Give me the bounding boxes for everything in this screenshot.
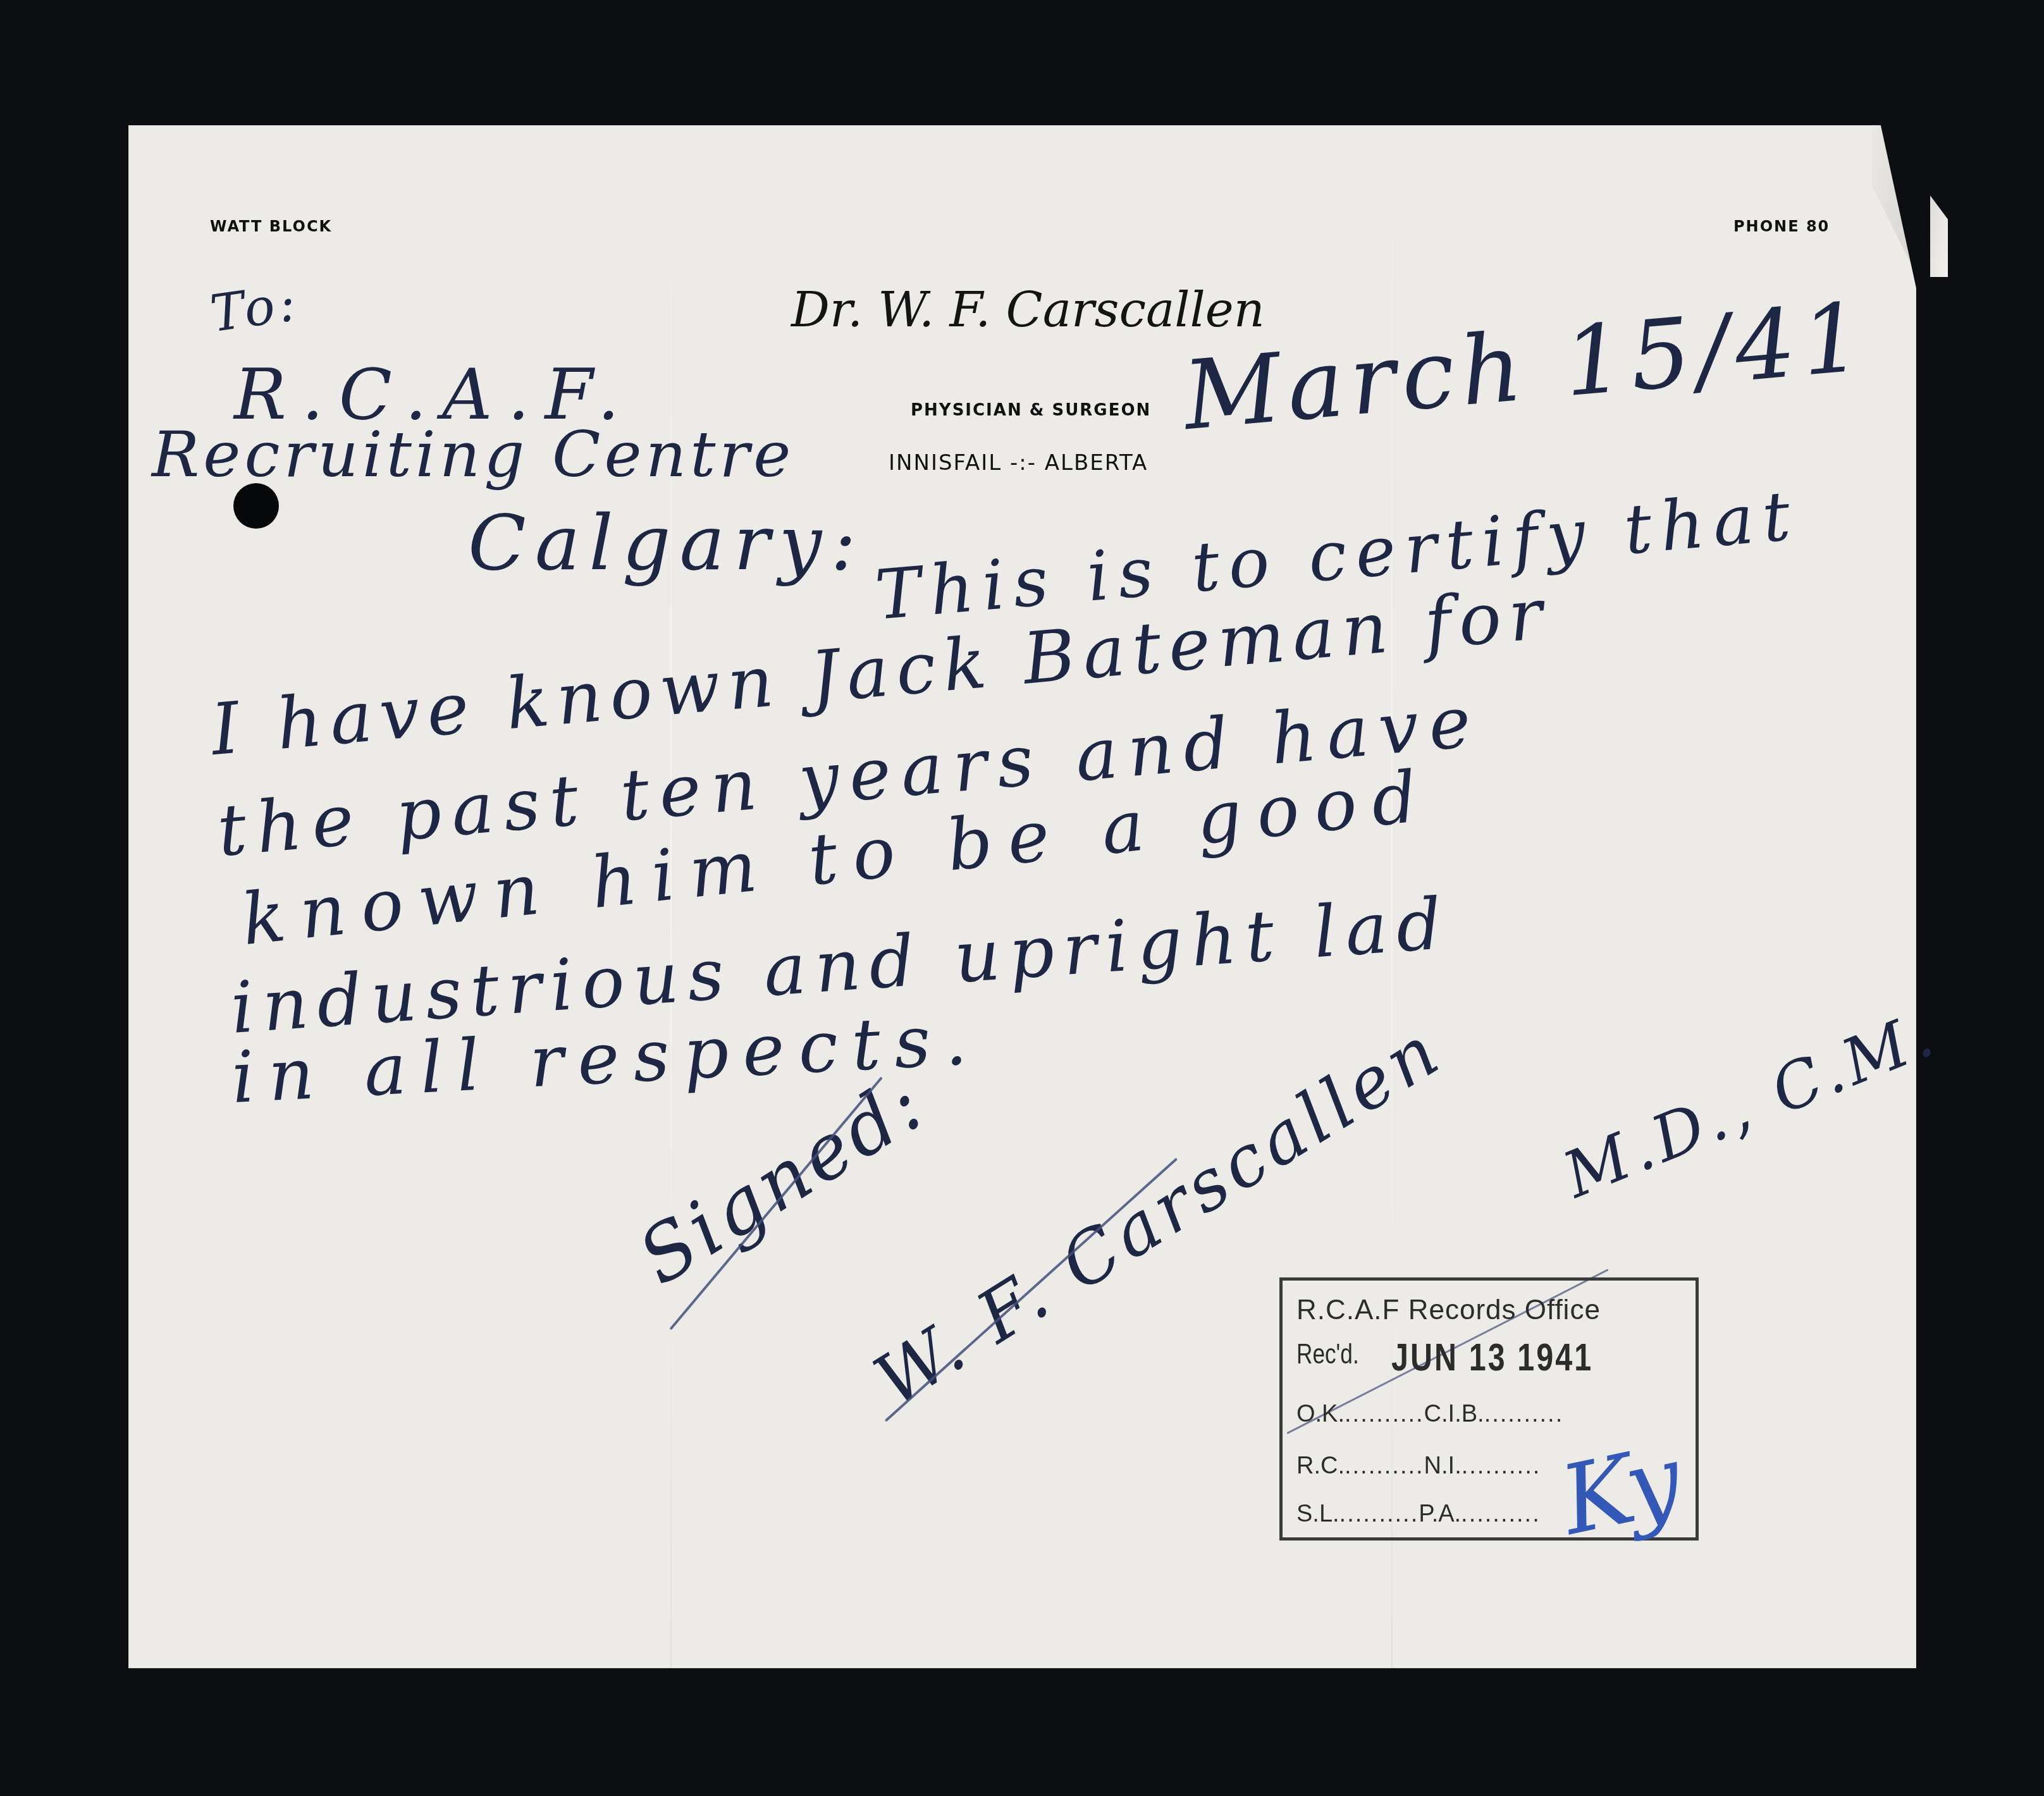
stamp-received-date: JUN 13 1941 bbox=[1391, 1335, 1593, 1380]
stamp-title: R.C.A.F Records Office bbox=[1296, 1295, 1601, 1326]
stamp-field-label: O.K. bbox=[1296, 1401, 1345, 1427]
stamp-field-dots: .......... bbox=[1345, 1453, 1424, 1479]
stamp-field-row: S.L...........P.A........... bbox=[1296, 1501, 1541, 1528]
stamp-field-dots: .......... bbox=[1345, 1401, 1424, 1427]
stamp-field-label: N.I. bbox=[1424, 1453, 1462, 1479]
letterhead-name: Dr. W. F. Carscallen bbox=[791, 281, 1247, 338]
letterhead-address: WATT BLOCK bbox=[210, 218, 332, 235]
letterhead-location: INNISFAIL -:- ALBERTA bbox=[889, 450, 1142, 476]
stamp-field-dots: .......... bbox=[1484, 1401, 1564, 1427]
stamp-field-row: O.K...........C.I.B........... bbox=[1296, 1401, 1563, 1428]
stamp-field-label: S.L. bbox=[1296, 1501, 1339, 1527]
stamp-field-dots: .......... bbox=[1461, 1501, 1541, 1527]
letterhead-profession: PHYSICIAN & SURGEON bbox=[911, 401, 1129, 420]
letterhead-phone: PHONE 80 bbox=[1733, 218, 1830, 235]
stamp-received-label: Rec'd. bbox=[1296, 1339, 1359, 1370]
recipient-line-2: Recruiting Centre bbox=[152, 417, 794, 491]
stamp-field-label: C.I.B. bbox=[1424, 1401, 1484, 1427]
stamp-received: Rec'd. JUN 13 1941 bbox=[1296, 1339, 1374, 1370]
stamp-field-row: R.C...........N.I........... bbox=[1296, 1453, 1541, 1480]
stamp-field-dots: .......... bbox=[1339, 1501, 1419, 1527]
salutation: To: bbox=[207, 273, 303, 343]
stamp-field-dots: .......... bbox=[1462, 1453, 1541, 1479]
recipient-line-3: Calgary: bbox=[468, 500, 865, 587]
stamp-field-label: P.A. bbox=[1419, 1501, 1461, 1527]
stamp-field-label: R.C. bbox=[1296, 1453, 1345, 1479]
